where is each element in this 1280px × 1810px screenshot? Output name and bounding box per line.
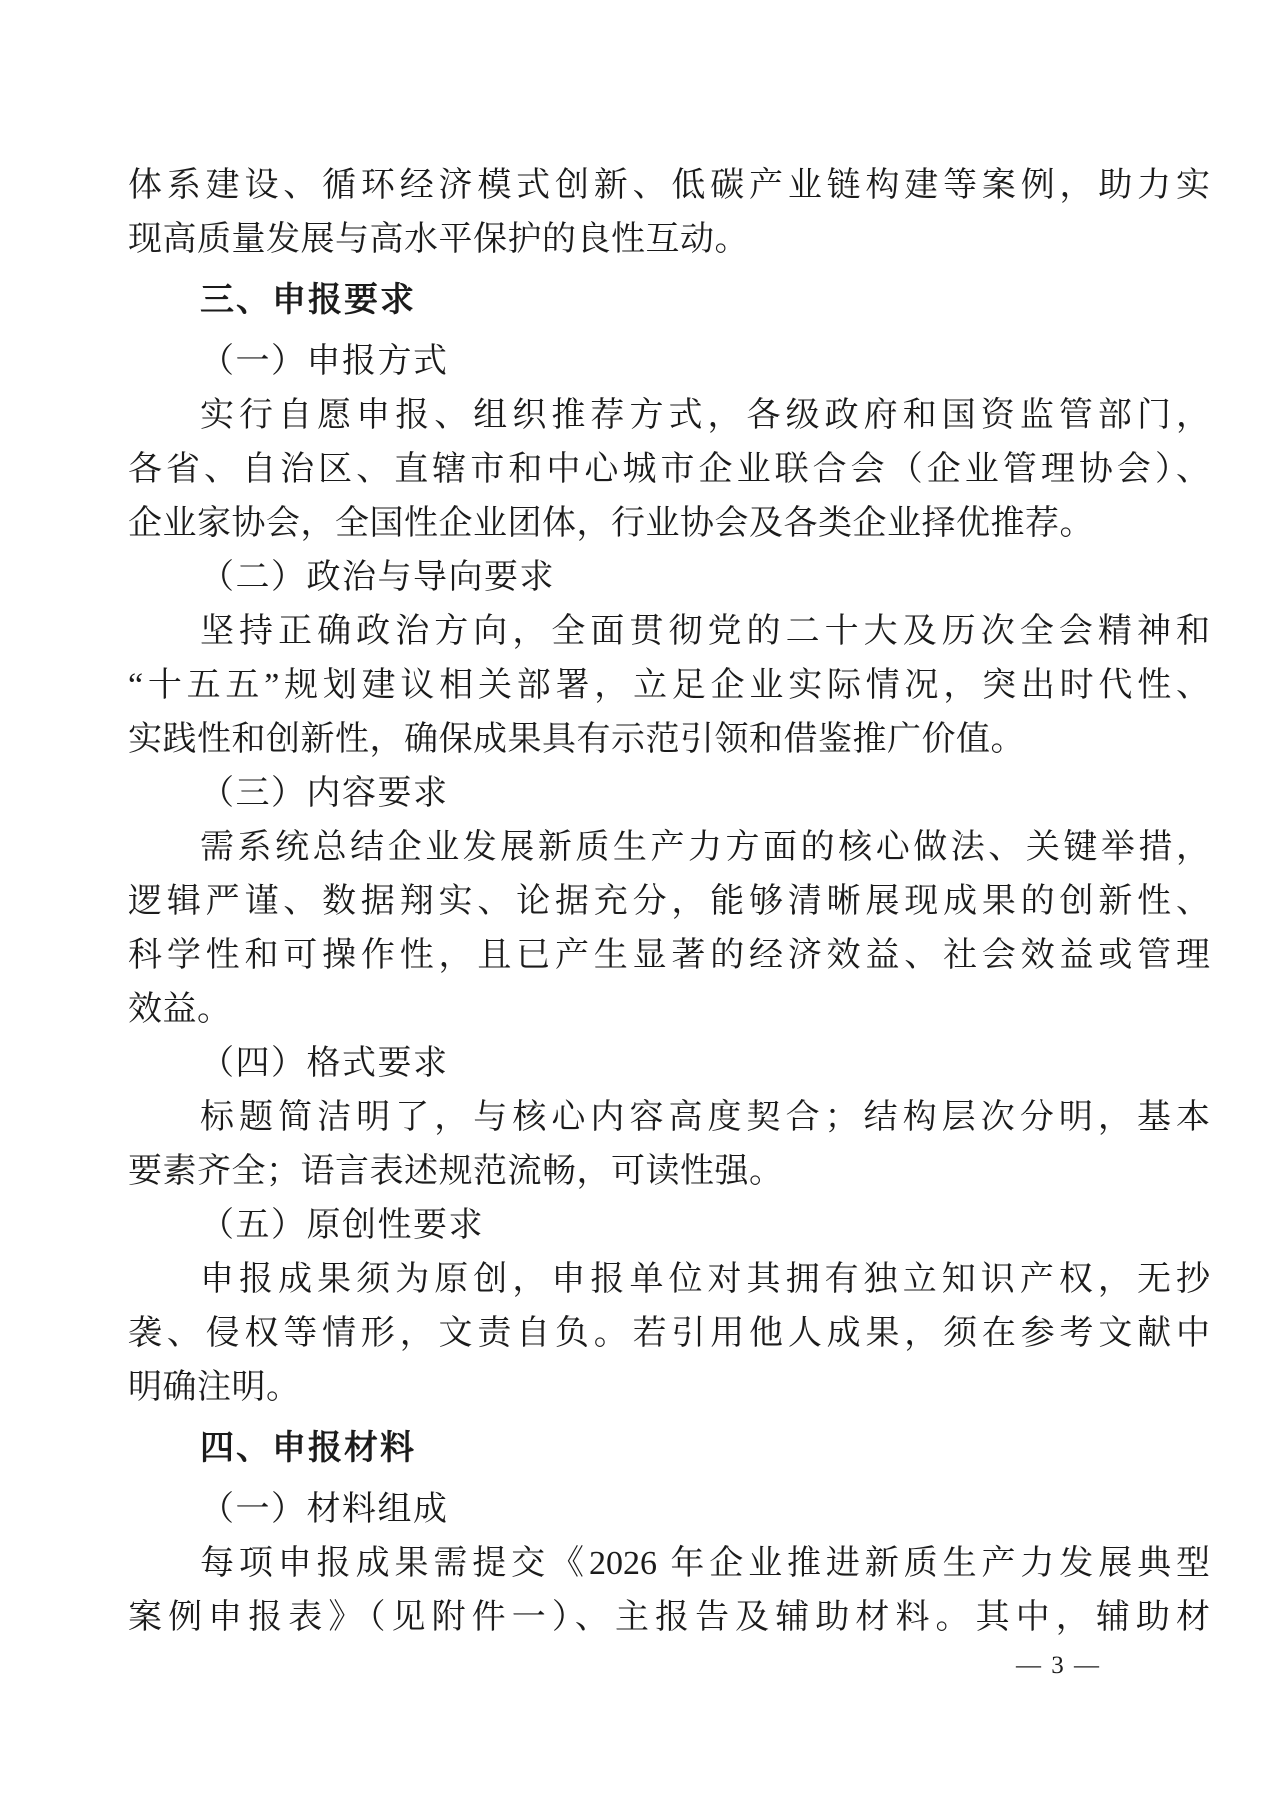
paragraph-line: 需系统总结企业发展新质生产力方面的核心做法、关键举措，	[128, 821, 1210, 875]
paragraph-line: 每项申报成果需提交《2026 年企业推进新质生产力发展典型	[128, 1537, 1210, 1591]
paragraph-line: 企业家协会，全国性企业团体，行业协会及各类企业择优推荐。	[128, 497, 1210, 551]
paragraph-line: 现高质量发展与高水平保护的良性互动。	[128, 213, 1210, 267]
subsection-heading: （一）材料组成	[128, 1483, 1210, 1537]
paragraph-line: 坚持正确政治方向，全面贯彻党的二十大及历次全会精神和	[128, 605, 1210, 659]
paragraph-line: “十五五”规划建议相关部署，立足企业实际情况，突出时代性、	[128, 659, 1210, 713]
paragraph-line: 各省、自治区、直辖市和中心城市企业联合会（企业管理协会）、	[128, 443, 1210, 497]
paragraph-line: 袭、侵权等情形，文责自负。若引用他人成果，须在参考文献中	[128, 1307, 1210, 1361]
paragraph-line: 效益。	[128, 983, 1210, 1037]
paragraph-line: 明确注明。	[128, 1361, 1210, 1415]
paragraph-line: 科学性和可操作性，且已产生显著的经济效益、社会效益或管理	[128, 929, 1210, 983]
page-number: — 3 —	[1016, 1652, 1101, 1680]
document-content: 体系建设、循环经济模式创新、低碳产业链构建等案例，助力实现高质量发展与高水平保护…	[128, 159, 1210, 1645]
paragraph-line: 实践性和创新性，确保成果具有示范引领和借鉴推广价值。	[128, 713, 1210, 767]
paragraph-line: 案例申报表》（见附件一）、主报告及辅助材料。其中，辅助材	[128, 1591, 1210, 1645]
subsection-heading: （四）格式要求	[128, 1037, 1210, 1091]
paragraph-line: 实行自愿申报、组织推荐方式，各级政府和国资监管部门，	[128, 389, 1210, 443]
subsection-heading: （一）申报方式	[128, 335, 1210, 389]
paragraph-line: 要素齐全；语言表述规范流畅，可读性强。	[128, 1145, 1210, 1199]
section-heading: 四、申报材料	[128, 1421, 1210, 1475]
paragraph-line: 体系建设、循环经济模式创新、低碳产业链构建等案例，助力实	[128, 159, 1210, 213]
paragraph-line: 申报成果须为原创，申报单位对其拥有独立知识产权，无抄	[128, 1253, 1210, 1307]
paragraph-line: 标题简洁明了，与核心内容高度契合；结构层次分明，基本	[128, 1091, 1210, 1145]
subsection-heading: （二）政治与导向要求	[128, 551, 1210, 605]
section-heading: 三、申报要求	[128, 273, 1210, 327]
subsection-heading: （五）原创性要求	[128, 1199, 1210, 1253]
subsection-heading: （三）内容要求	[128, 767, 1210, 821]
document-page: 体系建设、循环经济模式创新、低碳产业链构建等案例，助力实现高质量发展与高水平保护…	[0, 0, 1280, 1810]
paragraph-line: 逻辑严谨、数据翔实、论据充分，能够清晰展现成果的创新性、	[128, 875, 1210, 929]
